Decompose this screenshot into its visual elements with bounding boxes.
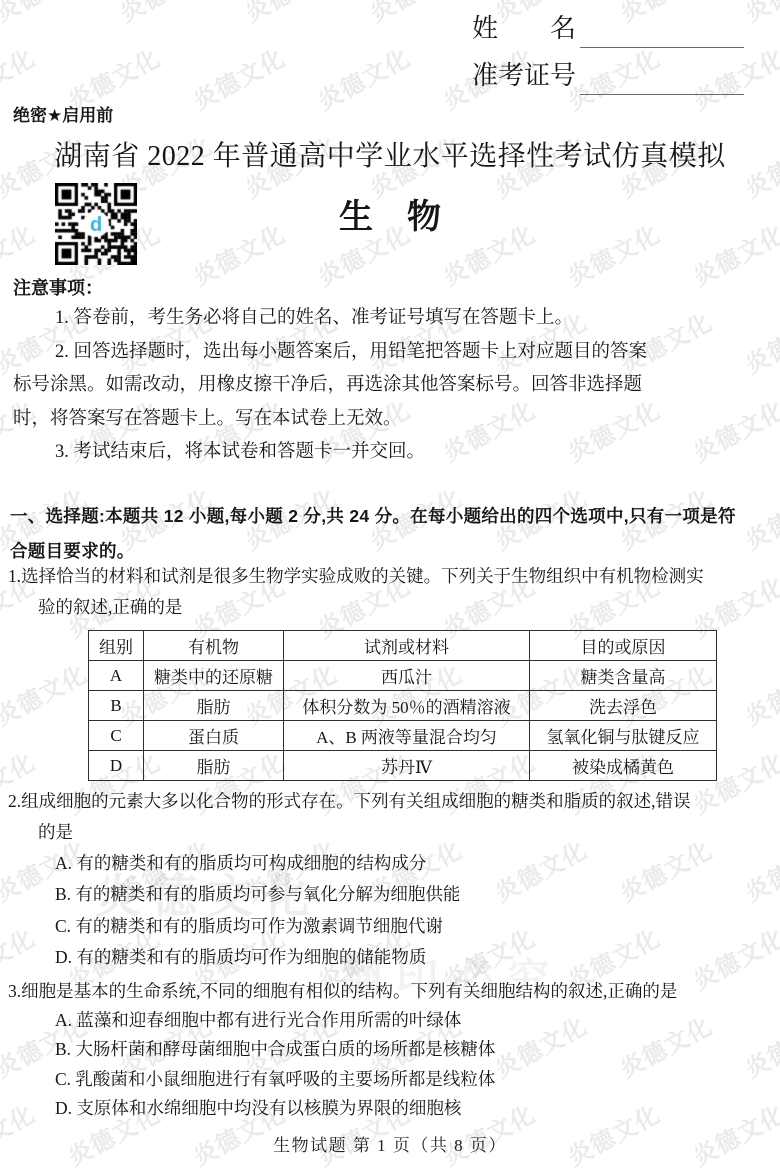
table-row-b: B 脂肪 体积分数为 50％的酒精溶液 洗去浮色 (89, 691, 717, 721)
section-one-heading: 一、选择题:本题共 12 小题,每小题 2 分,共 24 分。在每小题给出的四个… (10, 499, 768, 569)
cell-group-a: A (89, 661, 144, 691)
name-label: 姓 名 (472, 10, 576, 48)
cell-reagent-d: 苏丹Ⅳ (284, 751, 530, 781)
table-header-purpose: 目的或原因 (530, 631, 717, 661)
table-header-reagent: 试剂或材料 (284, 631, 530, 661)
question-2: 2.组成细胞的元素大多以化合物的形式存在。下列有关组成细胞的糖类和脂质的叙述,错… (8, 786, 772, 974)
cell-organic-a: 糖类中的还原糖 (144, 661, 284, 691)
table-header-row: 组别 有机物 试剂或材料 目的或原因 (89, 631, 717, 661)
cell-purpose-a: 糖类含量高 (530, 661, 717, 691)
cell-reagent-b: 体积分数为 50％的酒精溶液 (284, 691, 530, 721)
cell-group-d: D (89, 751, 144, 781)
question-3-option-c: C. 乳酸菌和小鼠细胞进行有氧呼吸的主要场所都是线粒体 (55, 1065, 772, 1095)
question-2-stem: 2.组成细胞的元素大多以化合物的形式存在。下列有关组成细胞的糖类和脂质的叙述,错… (8, 786, 772, 848)
cell-reagent-c: A、B 两液等量混合均匀 (284, 721, 530, 751)
secrecy-notice: 绝密★启用前 (13, 101, 113, 126)
question-1-table: 组别 有机物 试剂或材料 目的或原因 A 糖类中的还原糖 西瓜汁 糖类含量高 (88, 630, 717, 781)
page-content: 姓 名 准考证号 绝密★启用前 湖南省 2022 年普通高中学业水平选择性考试仿… (0, 0, 780, 1173)
cell-group-b: B (89, 691, 144, 721)
cell-purpose-c: 氢氧化铜与肽键反应 (530, 721, 717, 751)
student-info-block: 姓 名 准考证号 (472, 10, 744, 104)
question-3-option-b: B. 大肠杆菌和酵母菌细胞中合成蛋白质的场所都是核糖体 (55, 1035, 772, 1065)
cell-group-c: C (89, 721, 144, 751)
cell-organic-d: 脂肪 (144, 751, 284, 781)
cell-purpose-b: 洗去浮色 (530, 691, 717, 721)
table-row-d: D 脂肪 苏丹Ⅳ 被染成橘黄色 (89, 751, 717, 781)
exam-title: 湖南省 2022 年普通高中学业水平选择性考试仿真模拟 (0, 134, 780, 174)
name-field-row: 姓 名 (472, 10, 744, 48)
question-2-option-d: D. 有的糖类和有的脂质均可作为细胞的储能物质 (55, 942, 772, 973)
table-header-group: 组别 (89, 631, 144, 661)
subject-title: 生 物 (0, 189, 780, 238)
cell-organic-c: 蛋白质 (144, 721, 284, 751)
cell-reagent-a: 西瓜汁 (284, 661, 530, 691)
question-3-option-a: A. 蓝藻和迎春细胞中都有进行光合作用所需的叶绿体 (55, 1006, 772, 1036)
note-item-3: 3. 考试结束后，将本试卷和答题卡一并交回。 (13, 436, 769, 470)
question-1-stem: 1.选择恰当的材料和试剂是很多生物学实验成败的关键。下列关于生物组织中有机物检测… (8, 561, 772, 623)
admission-no-label: 准考证号 (472, 57, 576, 95)
question-2-option-a: A. 有的糖类和有的脂质均可构成细胞的结构成分 (55, 848, 772, 879)
name-blank-line (580, 13, 744, 48)
cell-organic-b: 脂肪 (144, 691, 284, 721)
note-item-1: 1. 答卷前，考生务必将自己的姓名、准考证号填写在答题卡上。 (13, 302, 769, 336)
question-1: 1.选择恰当的材料和试剂是很多生物学实验成败的关键。下列关于生物组织中有机物检测… (8, 561, 772, 781)
table-row-a: A 糖类中的还原糖 西瓜汁 糖类含量高 (89, 661, 717, 691)
question-3: 3.细胞是基本的生命系统,不同的细胞有相似的结构。下列有关细胞结构的叙述,正确的… (8, 976, 772, 1124)
table-header-organic: 有机物 (144, 631, 284, 661)
question-3-option-d: D. 支原体和水绵细胞中均没有以核膜为界限的细胞核 (55, 1094, 772, 1124)
cell-purpose-d: 被染成橘黄色 (530, 751, 717, 781)
notes-list: 1. 答卷前，考生务必将自己的姓名、准考证号填写在答题卡上。 2. 回答选择题时… (13, 302, 769, 470)
admission-no-field-row: 准考证号 (472, 57, 744, 95)
exam-paper-page: 炎德文化炎德文化炎德文化炎德文化炎德文化炎德文化炎德文化炎德文化炎德文化炎德文化… (0, 0, 780, 1173)
page-footer: 生物试题 第 1 页（共 8 页） (0, 1131, 780, 1156)
table-row-c: C 蛋白质 A、B 两液等量混合均匀 氢氧化铜与肽键反应 (89, 721, 717, 751)
question-3-stem: 3.细胞是基本的生命系统,不同的细胞有相似的结构。下列有关细胞结构的叙述,正确的… (8, 976, 772, 1006)
question-2-option-c: C. 有的糖类和有的脂质均可作为激素调节细胞代谢 (55, 911, 772, 942)
admission-no-blank-line (580, 60, 744, 95)
questions-area: 1.选择恰当的材料和试剂是很多生物学实验成败的关键。下列关于生物组织中有机物检测… (8, 561, 772, 1124)
notes-heading: 注意事项： (13, 274, 103, 300)
question-2-option-b: B. 有的糖类和有的脂质均可参与氧化分解为细胞供能 (55, 879, 772, 910)
note-item-2: 2. 回答选择题时，选出每小题答案后，用铅笔把答题卡上对应题目的答案 标号涂黑。… (13, 336, 769, 437)
